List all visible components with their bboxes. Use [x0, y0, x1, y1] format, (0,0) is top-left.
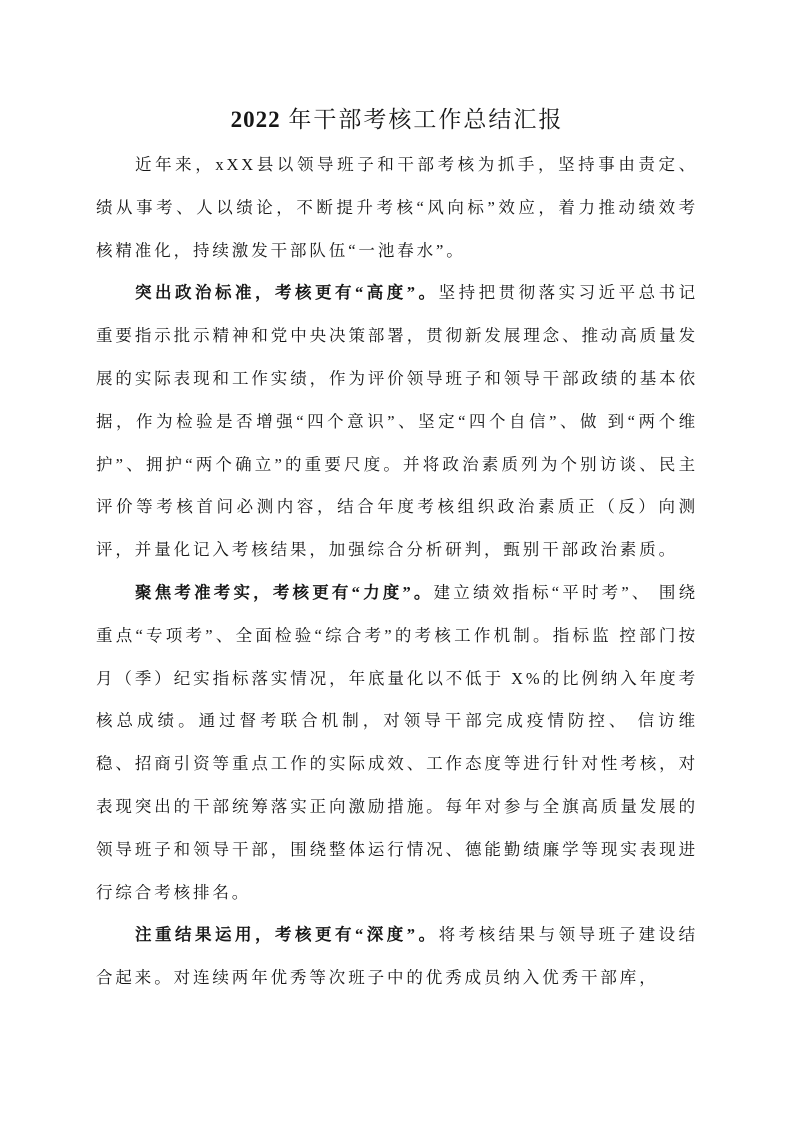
paragraph-political-standard-text: 坚持把贯彻落实习近平总书记重要指示批示精神和党中央决策部署，贯彻新发展理念、推动… [96, 283, 698, 559]
document-page: 2022 年干部考核工作总结汇报 近年来，xXX县以领导班子和干部考核为抓手，坚… [0, 0, 794, 1123]
paragraph-result-usage-lead: 注重结果运用，考核更有“深度”。 [135, 925, 439, 944]
paragraph-accurate-assessment-text: 建立绩效指标“平时考”、 围绕重点“专项考”、全面检验“综合考”的考核工作机制。… [96, 583, 698, 902]
paragraph-political-standard: 突出政治标准，考核更有“高度”。坚持把贯彻落实习近平总书记重要指示批示精神和党中… [96, 272, 698, 572]
document-title-text: 年干部考核工作总结汇报 [281, 107, 564, 132]
document-title: 2022 年干部考核工作总结汇报 [96, 97, 698, 142]
paragraph-accurate-assessment: 聚焦考准考实，考核更有“力度”。建立绩效指标“平时考”、 围绕重点“专项考”、全… [96, 572, 698, 914]
paragraph-intro: 近年来，xXX县以领导班子和干部考核为抓手，坚持事由责定、绩从事考、人以绩论，不… [96, 144, 698, 272]
paragraph-intro-text: 近年来，xXX县以领导班子和干部考核为抓手，坚持事由责定、绩从事考、人以绩论，不… [96, 155, 698, 260]
paragraph-result-usage: 注重结果运用，考核更有“深度”。将考核结果与领导班子建设结合起来。对连续两年优秀… [96, 914, 698, 1000]
document-title-year: 2022 [231, 107, 281, 132]
paragraph-accurate-assessment-lead: 聚焦考准考实，考核更有“力度”。 [135, 583, 434, 602]
paragraph-political-standard-lead: 突出政治标准，考核更有“高度”。 [135, 283, 439, 302]
